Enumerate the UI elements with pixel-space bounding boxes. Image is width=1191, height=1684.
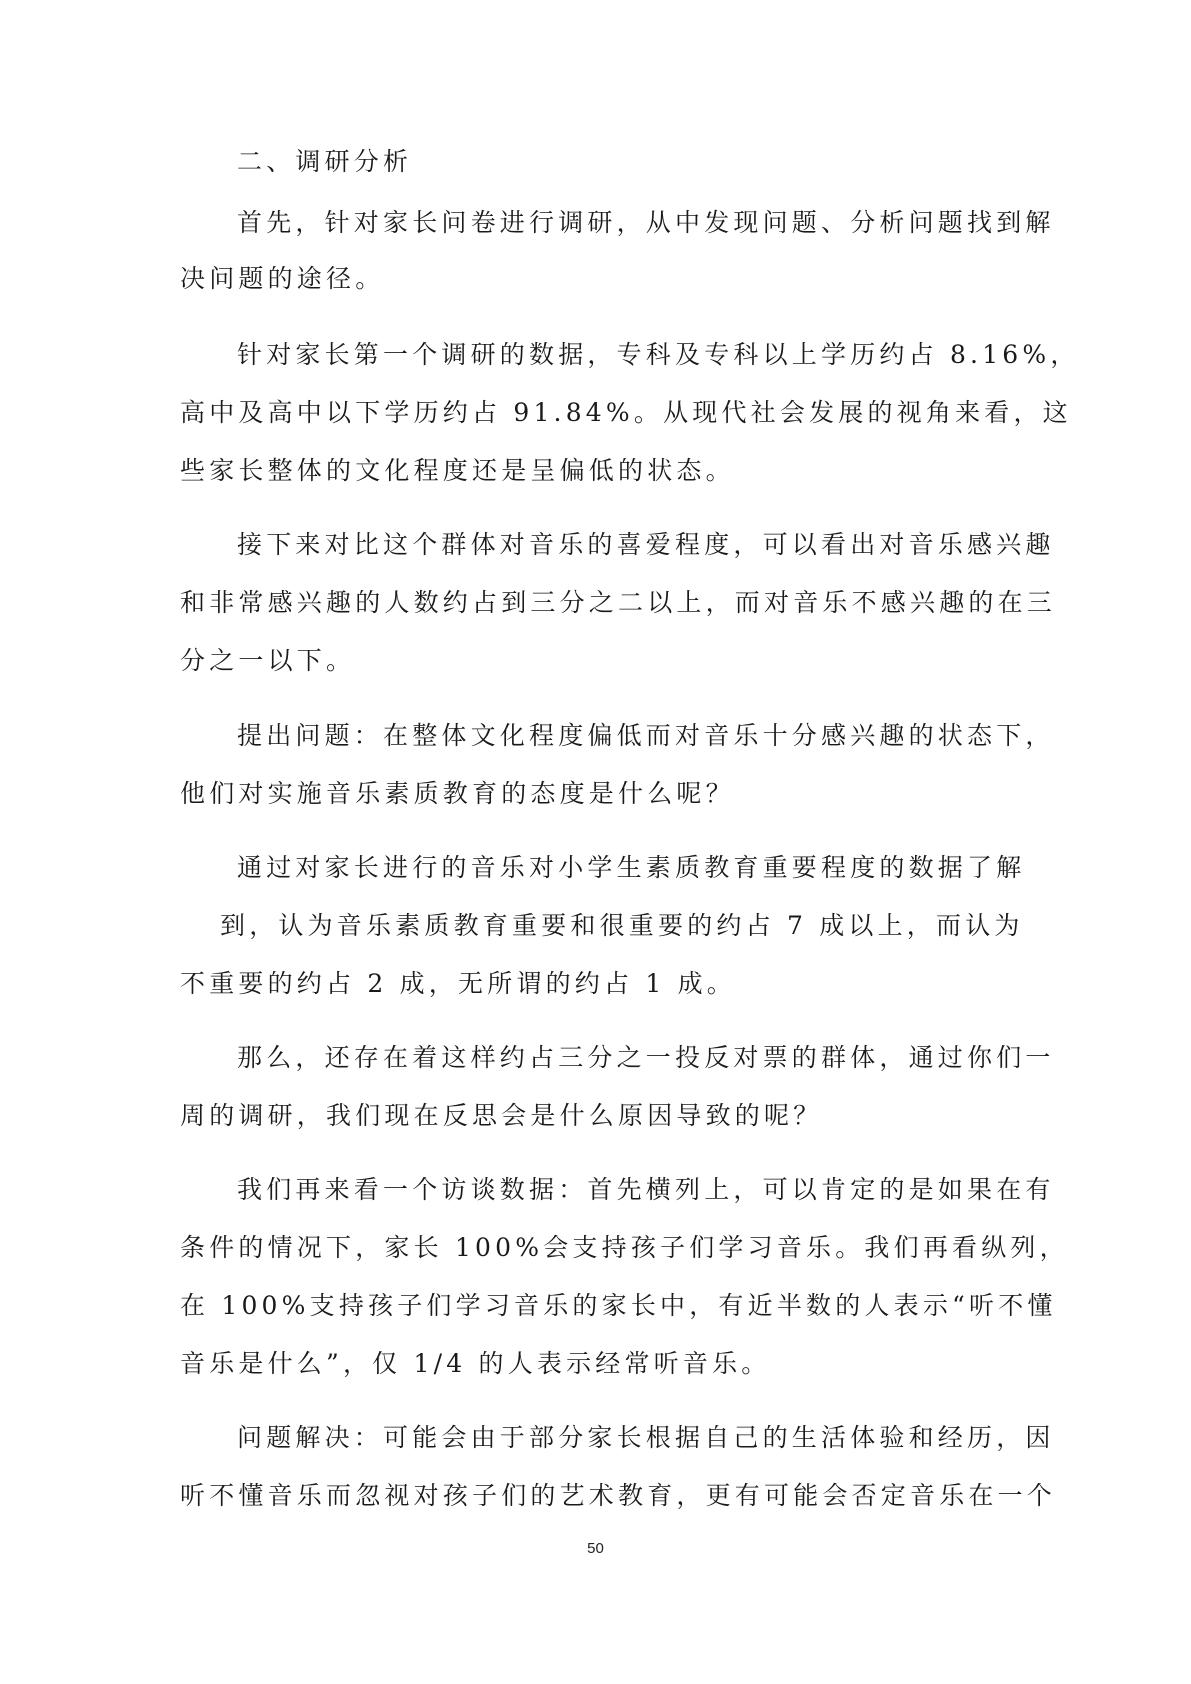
paragraph-7-line-1: 我们再来看一个访谈数据：首先横列上，可以肯定的是如果在有	[237, 1175, 1055, 1205]
document-page: 二、调研分析 首先，针对家长问卷进行调研，从中发现问题、分析问题找到解 决问题的…	[0, 0, 1191, 1684]
section-heading: 二、调研分析	[237, 147, 412, 177]
paragraph-7-line-4: 音乐是什么”，仅 1/4 的人表示经常听音乐。	[180, 1349, 771, 1379]
page-number: 50	[0, 1540, 1191, 1557]
paragraph-1-line-2: 决问题的途径。	[180, 264, 384, 294]
paragraph-4-line-1: 提出问题：在整体文化程度偏低而对音乐十分感兴趣的状态下，	[237, 721, 1055, 751]
paragraph-2-line-3: 些家长整体的文化程度还是呈偏低的状态。	[180, 456, 735, 486]
paragraph-7-line-3: 在 100%支持孩子们学习音乐的家长中，有近半数的人表示“听不懂	[180, 1291, 1057, 1321]
paragraph-2-line-1: 针对家长第一个调研的数据，专科及专科以上学历约占 8.16%，	[237, 340, 1080, 370]
paragraph-8-line-2: 听不懂音乐而忽视对孩子们的艺术教育，更有可能会否定音乐在一个	[180, 1481, 1056, 1511]
paragraph-4-line-2: 他们对实施音乐素质教育的态度是什么呢？	[180, 779, 735, 809]
paragraph-6-line-2: 周的调研，我们现在反思会是什么原因导致的呢？	[180, 1101, 822, 1131]
paragraph-3-line-2: 和非常感兴趣的人数约占到三分之二以上，而对音乐不感兴趣的在三	[180, 588, 1056, 618]
paragraph-7-line-2: 条件的情况下，家长 100%会支持孩子们学习音乐。我们再看纵列，	[180, 1233, 1069, 1263]
paragraph-8-line-1: 问题解决：可能会由于部分家长根据自己的生活体验和经历，因	[237, 1423, 1055, 1453]
paragraph-1-line-1: 首先，针对家长问卷进行调研，从中发现问题、分析问题找到解	[237, 208, 1055, 238]
paragraph-5-line-1: 通过对家长进行的音乐对小学生素质教育重要程度的数据了解	[237, 853, 1025, 883]
paragraph-5-line-3: 不重要的约占 2 成，无所谓的约占 1 成。	[180, 969, 736, 999]
paragraph-5-line-2: 到，认为音乐素质教育重要和很重要的约占 7 成以上，而认为	[220, 911, 1024, 941]
paragraph-3-line-1: 接下来对比这个群体对音乐的喜爱程度，可以看出对音乐感兴趣	[237, 530, 1055, 560]
paragraph-6-line-1: 那么，还存在着这样约占三分之一投反对票的群体，通过你们一	[237, 1043, 1055, 1073]
paragraph-2-line-2: 高中及高中以下学历约占 91.84%。从现代社会发展的视角来看，这	[180, 398, 1072, 428]
paragraph-3-line-3: 分之一以下。	[180, 646, 355, 676]
